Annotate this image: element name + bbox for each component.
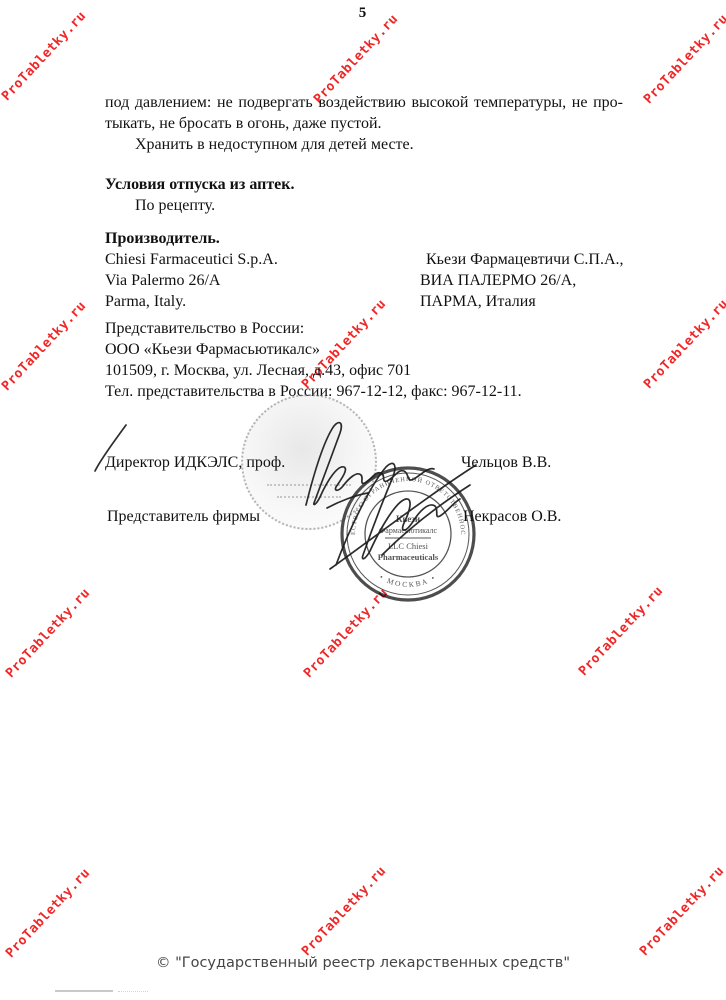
dispensing-heading: Условия отпуска из аптек. xyxy=(105,174,295,195)
storage-paragraph-line: под давлением: не подвергать воздействию… xyxy=(105,92,623,113)
watermark: ProTabletky.ru xyxy=(3,586,93,681)
manufacturer-cyrillic-line: Кьези Фармацевтичи С.П.А., xyxy=(420,249,624,270)
signature-title: Директор ИДКЭЛС, проф. xyxy=(105,452,285,473)
signature-scrawl-representative xyxy=(336,463,460,565)
manufacturer-cyrillic-block: Кьези Фармацевтичи С.П.А., ВИА ПАЛЕРМО 2… xyxy=(420,249,624,312)
watermark: ProTabletky.ru xyxy=(3,866,93,961)
signature-scrawl-representative xyxy=(382,485,470,555)
dispensing-body: По рецепту. xyxy=(105,195,295,216)
watermark: ProTabletky.ru xyxy=(637,864,726,959)
signature-name: Чельцов В.В. xyxy=(461,452,551,473)
representative-office-block: Представительство в России: ООО «Кьези Ф… xyxy=(105,318,522,402)
scan-artifact-line xyxy=(55,990,113,992)
signature-scrawl-representative xyxy=(330,465,476,569)
signature-name: Некрасов О.В. xyxy=(463,506,561,527)
representative-line: ООО «Кьези Фармасьютикалс» xyxy=(105,339,522,360)
watermark: ProTabletky.ru xyxy=(641,297,726,392)
manufacturer-cyrillic-line: ВИА ПАЛЕРМО 26/А, xyxy=(420,270,624,291)
manufacturer-latin-line: Parma, Italy. xyxy=(105,291,278,312)
storage-paragraph: под давлением: не подвергать воздействию… xyxy=(105,92,623,155)
manufacturer-cyrillic-line: ПАРМА, Италия xyxy=(420,291,624,312)
signature-title: Представитель фирмы xyxy=(107,506,260,527)
footer-copyright: © "Государственный реестр лекарственных … xyxy=(0,955,726,971)
watermark: ProTabletky.ru xyxy=(641,12,726,107)
watermark: ProTabletky.ru xyxy=(0,9,90,104)
page-number: 5 xyxy=(0,5,726,22)
watermark: ProTabletky.ru xyxy=(299,864,389,959)
watermark: ProTabletky.ru xyxy=(576,584,666,679)
manufacturer-latin-line: Via Palermo 26/A xyxy=(105,270,278,291)
scan-artifact-line xyxy=(118,991,148,992)
representative-line: Представительство в России: xyxy=(105,318,522,339)
scanned-document-page: 5 под давлением: не подвергать воздейств… xyxy=(0,0,726,1000)
storage-paragraph-line: тыкать, не бросать в огонь, даже пустой. xyxy=(105,113,623,134)
signatures-overlay xyxy=(80,405,500,585)
manufacturer-heading: Производитель. xyxy=(105,228,220,249)
signature-scrawl-director xyxy=(306,423,434,505)
dispensing-section: Условия отпуска из аптек. По рецепту. xyxy=(105,174,295,216)
watermark: ProTabletky.ru xyxy=(0,299,90,394)
manufacturer-latin-line: Chiesi Farmaceutici S.p.A. xyxy=(105,249,278,270)
manufacturer-latin-block: Chiesi Farmaceutici S.p.A. Via Palermo 2… xyxy=(105,249,278,312)
storage-paragraph-line: Хранить в недоступном для детей месте. xyxy=(105,134,623,155)
